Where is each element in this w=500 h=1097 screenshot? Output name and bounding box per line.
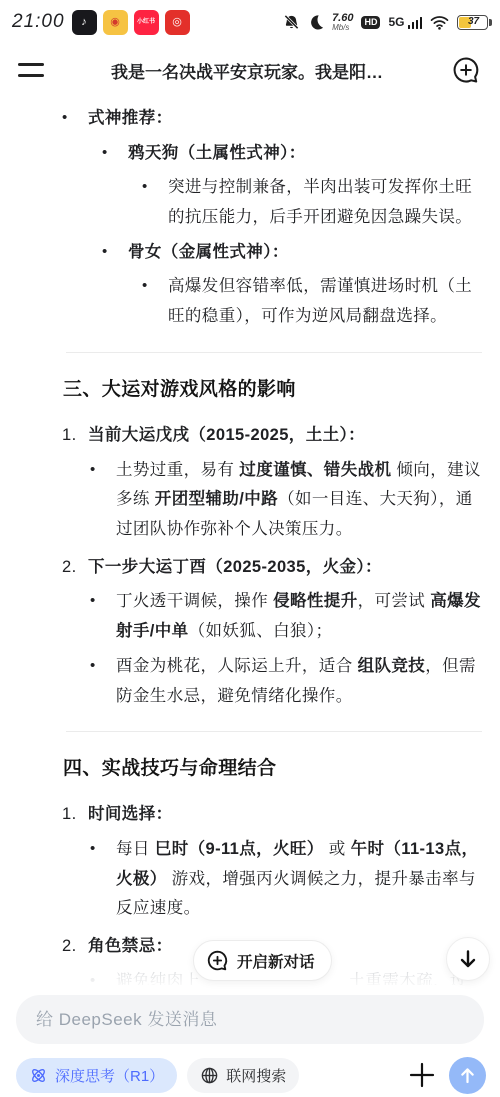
send-button[interactable]	[449, 1057, 486, 1094]
globe-icon	[200, 1066, 219, 1085]
wifi-icon	[430, 15, 449, 30]
scroll-down-button[interactable]	[446, 937, 490, 981]
item-text: 式神推荐：	[88, 104, 482, 134]
bullet-dot: •	[90, 456, 116, 545]
deepthink-button[interactable]: 深度思考（R1）	[16, 1058, 177, 1093]
section-divider	[66, 731, 482, 732]
item-text: 骨女（金属性式神）：	[128, 238, 482, 268]
bullet-dot: •	[90, 835, 116, 924]
deepseek-chat-screen: 21:00 ♪◉小红书◎ 7.60 Mb/s HD 5G	[0, 0, 500, 1097]
item-text: 当前大运戊戌（2015-2025，土土）：	[88, 421, 482, 451]
battery-percent: 37	[468, 16, 479, 27]
item-text: 酉金为桃花，人际运上升，适合 组队竞技，但需防金生水忌，避免情绪化操作。	[116, 652, 482, 711]
section-heading: 三、大运对游戏风格的影响	[63, 373, 482, 407]
list-number: 2.	[62, 932, 88, 962]
bullet-dot: •	[90, 967, 116, 985]
assistant-message: •式神推荐：•鸦天狗（土属性式神）：•突进与控制兼备，半肉出装可发挥你土旺的抗压…	[0, 96, 500, 985]
chat-title: 我是一名决战平安京玩家。我是阳…	[44, 58, 450, 83]
numbered-item: 2.下一步大运丁酉（2025-2035，火金）：	[50, 553, 482, 583]
numbered-item: 1.当前大运戊戌（2015-2025，土土）：	[50, 421, 482, 451]
menu-icon[interactable]	[18, 63, 44, 76]
list-number: 1.	[62, 421, 88, 451]
item-text: 突进与控制兼备，半肉出装可发挥你土旺的抗压能力，后手开团避免因急躁失误。	[168, 173, 482, 232]
list-number: 1.	[62, 800, 88, 830]
bullet-item: •高爆发但容错率低，需谨慎进场时机（土旺的稳重），可作为逆风局翻盘选择。	[50, 272, 482, 331]
item-text: 丁火透干调候，操作 侵略性提升，可尝试 高爆发射手/中单（如妖狐、白狼）；	[116, 587, 482, 646]
arrow-up-icon	[458, 1066, 477, 1085]
bullet-dot: •	[62, 104, 88, 134]
bullet-item: •骨女（金属性式神）：	[50, 238, 482, 268]
item-text: 高爆发但容错率低，需谨慎进场时机（土旺的稳重），可作为逆风局翻盘选择。	[168, 272, 482, 331]
bullet-item: •酉金为桃花，人际运上升，适合 组队竞技，但需防金生水忌，避免情绪化操作。	[50, 652, 482, 711]
section-heading: 四、实战技巧与命理结合	[63, 752, 482, 786]
message-input-container	[16, 995, 484, 1044]
hd-badge: HD	[361, 16, 380, 29]
atom-icon	[29, 1066, 48, 1085]
web-search-button[interactable]: 联网搜索	[187, 1058, 299, 1093]
bullet-dot: •	[142, 272, 168, 331]
bullet-dot: •	[102, 139, 128, 169]
status-bar: 21:00 ♪◉小红书◎ 7.60 Mb/s HD 5G	[0, 0, 500, 44]
douyin-app-icon: ♪	[72, 10, 97, 35]
bullet-item: •每日 巳时（9-11点，火旺） 或 午时（11-13点，火极） 游戏，增强丙火…	[50, 835, 482, 924]
notification-muted-icon	[283, 14, 300, 31]
battery-indicator: 37	[457, 15, 488, 30]
list-number: 2.	[62, 553, 88, 583]
dark-mode-moon-icon	[308, 14, 324, 30]
numbered-item: 1.时间选择：	[50, 800, 482, 830]
signal-5g-icon: 5G	[388, 16, 422, 29]
network-speed: 7.60 Mb/s	[332, 13, 353, 32]
item-text: 下一步大运丁酉（2025-2035，火金）：	[88, 553, 482, 583]
item-text: 土势过重，易有 过度谨慎、错失战机 倾向，建议多练 开团型辅助/中路（如一目连、…	[116, 456, 482, 545]
status-time: 21:00	[12, 11, 65, 33]
bullet-dot: •	[102, 238, 128, 268]
item-text: 鸦天狗（土属性式神）：	[128, 139, 482, 169]
message-input[interactable]	[16, 1010, 484, 1030]
chat-header: 我是一名决战平安京玩家。我是阳…	[0, 44, 500, 96]
bullet-dot: •	[90, 652, 116, 711]
new-chat-pill-label: 开启新对话	[237, 950, 315, 972]
item-text: 每日 巳时（9-11点，火旺） 或 午时（11-13点，火极） 游戏，增强丙火调…	[116, 835, 482, 924]
new-chat-icon[interactable]	[450, 54, 482, 86]
bullet-dot: •	[90, 587, 116, 646]
bullet-item: •土势过重，易有 过度谨慎、错失战机 倾向，建议多练 开团型辅助/中路（如一目连…	[50, 456, 482, 545]
item-text: 时间选择：	[88, 800, 482, 830]
plus-bubble-icon	[206, 949, 229, 972]
xiaohongshu-app-icon: 小红书	[134, 10, 159, 35]
arrow-down-icon	[457, 948, 479, 970]
message-blocks: •式神推荐：•鸦天狗（土属性式神）：•突进与控制兼备，半肉出装可发挥你土旺的抗压…	[50, 104, 482, 985]
deepthink-label: 深度思考（R1）	[55, 1065, 164, 1086]
status-app-icons: ♪◉小红书◎	[72, 10, 190, 35]
bullet-dot: •	[142, 173, 168, 232]
weibo-app-icon: ◉	[103, 10, 128, 35]
web-search-label: 联网搜索	[226, 1065, 286, 1086]
red-music-app-icon: ◎	[165, 10, 190, 35]
bullet-item: •丁火透干调候，操作 侵略性提升，可尝试 高爆发射手/中单（如妖狐、白狼）；	[50, 587, 482, 646]
new-chat-pill-button[interactable]: 开启新对话	[193, 940, 332, 981]
bullet-item: •鸦天狗（土属性式神）：	[50, 139, 482, 169]
bullet-item: •式神推荐：	[50, 104, 482, 134]
section-divider	[66, 352, 482, 353]
plus-icon	[409, 1062, 435, 1088]
bullet-item: •突进与控制兼备，半肉出装可发挥你土旺的抗压能力，后手开团避免因急躁失误。	[50, 173, 482, 232]
attach-plus-button[interactable]	[405, 1058, 439, 1092]
composer-toolbar: 深度思考（R1） 联网搜索	[16, 1057, 486, 1093]
